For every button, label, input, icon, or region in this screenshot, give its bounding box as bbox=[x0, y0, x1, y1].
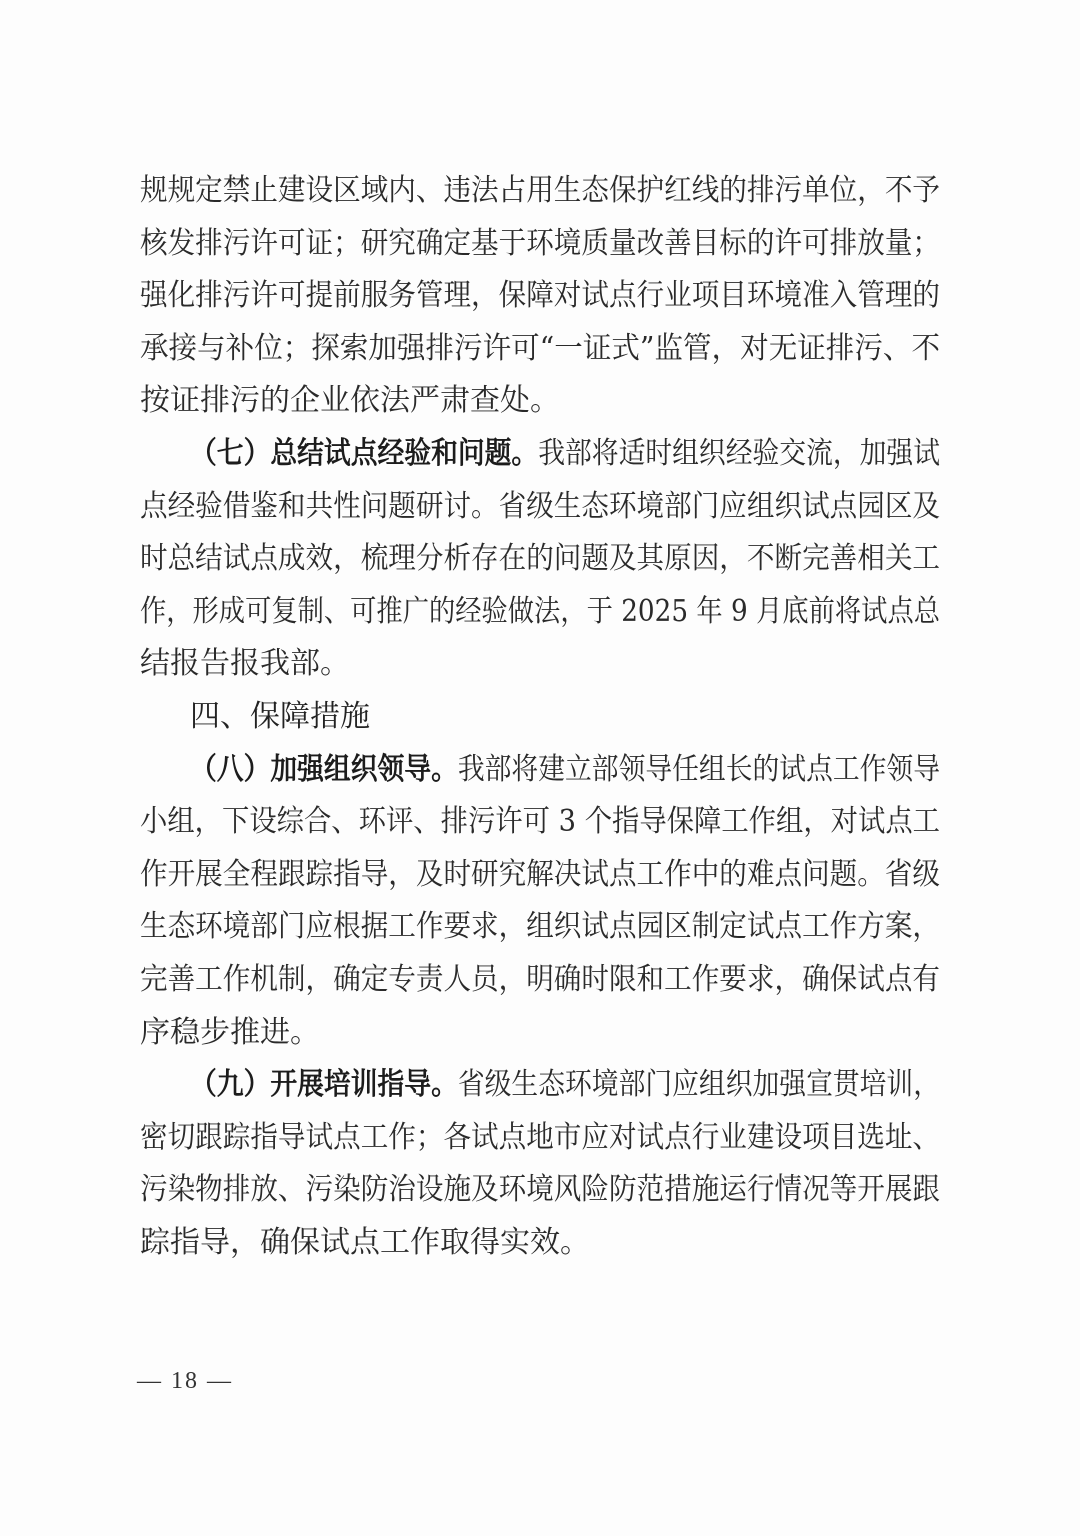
text-line: 序稳步推进。 bbox=[140, 1007, 940, 1060]
part-4-heading: 四、保障措施 bbox=[140, 691, 940, 744]
text: 强化排污许可提前服务管理，保障对试点行业项目环境准入管理的 bbox=[140, 270, 940, 323]
section-7-text: 我部将适时组织经验交流，加强试 bbox=[538, 436, 940, 471]
heading-text: 四、保障措施 bbox=[190, 691, 370, 744]
text: 污染物排放、污染防治设施及环境风险防范措施运行情况等开展跟 bbox=[140, 1164, 940, 1217]
section-8-first-line: （八）加强组织领导。我部将建立部领导任组长的试点工作领导 bbox=[140, 744, 940, 797]
document-body: 规规定禁止建设区域内、违法占用生态保护红线的排污单位，不予 核发排污许可证；研究… bbox=[140, 165, 940, 1269]
text: 完善工作机制，确定专责人员，明确时限和工作要求，确保试点有 bbox=[140, 954, 940, 1007]
text-line: 作开展全程跟踪指导，及时研究解决试点工作中的难点问题。省级 bbox=[140, 849, 940, 902]
text-line: 强化排污许可提前服务管理，保障对试点行业项目环境准入管理的 bbox=[140, 270, 940, 323]
text-line: 点经验借鉴和共性问题研讨。省级生态环境部门应组织试点园区及 bbox=[140, 481, 940, 534]
text-line: 踪指导，确保试点工作取得实效。 bbox=[140, 1217, 940, 1270]
text: 点经验借鉴和共性问题研讨。省级生态环境部门应组织试点园区及 bbox=[140, 481, 940, 534]
text-line: 承接与补位；探索加强排污许可“一证式”监管，对无证排污、不 bbox=[140, 323, 940, 376]
text-line: 核发排污许可证；研究确定基于环境质量改善目标的许可排放量； bbox=[140, 218, 940, 271]
section-9-text: 省级生态环境部门应组织加强宣贯培训， bbox=[458, 1067, 940, 1102]
text: 生态环境部门应根据工作要求，组织试点园区制定试点工作方案， bbox=[140, 901, 940, 954]
text: 承接与补位；探索加强排污许可“一证式”监管，对无证排污、不 bbox=[140, 323, 940, 376]
text-line: 完善工作机制，确定专责人员，明确时限和工作要求，确保试点有 bbox=[140, 954, 940, 1007]
text: 小组，下设综合、环评、排污许可 3 个指导保障工作组，对试点工 bbox=[140, 796, 940, 849]
text: 结报告报我部。 bbox=[140, 638, 350, 691]
text-line: 生态环境部门应根据工作要求，组织试点园区制定试点工作方案， bbox=[140, 901, 940, 954]
section-8-text: 我部将建立部领导任组长的试点工作领导 bbox=[458, 752, 940, 787]
text-line: 规规定禁止建设区域内、违法占用生态保护红线的排污单位，不予 bbox=[140, 165, 940, 218]
page-number: — 18 — bbox=[137, 1368, 233, 1395]
text: 密切跟踪指导试点工作；各试点地市应对试点行业建设项目选址、 bbox=[140, 1112, 940, 1165]
document-page: 规规定禁止建设区域内、违法占用生态保护红线的排污单位，不予 核发排污许可证；研究… bbox=[0, 0, 1080, 1536]
text-line: 作，形成可复制、可推广的经验做法，于 2025 年 9 月底前将试点总 bbox=[140, 586, 940, 639]
text-line: 按证排污的企业依法严肃查处。 bbox=[140, 375, 940, 428]
text-line: 时总结试点成效，梳理分析存在的问题及其原因，不断完善相关工 bbox=[140, 533, 940, 586]
text-line: 密切跟踪指导试点工作；各试点地市应对试点行业建设项目选址、 bbox=[140, 1112, 940, 1165]
section-9-first-line: （九）开展培训指导。省级生态环境部门应组织加强宣贯培训， bbox=[140, 1059, 940, 1112]
text: 序稳步推进。 bbox=[140, 1007, 320, 1060]
text: 时总结试点成效，梳理分析存在的问题及其原因，不断完善相关工 bbox=[140, 533, 940, 586]
section-8-heading: （八）加强组织领导。 bbox=[190, 752, 458, 787]
text: 核发排污许可证；研究确定基于环境质量改善目标的许可排放量； bbox=[140, 218, 940, 271]
section-7-heading: （七）总结试点经验和问题。 bbox=[190, 436, 538, 471]
text-line: 污染物排放、污染防治设施及环境风险防范措施运行情况等开展跟 bbox=[140, 1164, 940, 1217]
text-line: 结报告报我部。 bbox=[140, 638, 940, 691]
text: 踪指导，确保试点工作取得实效。 bbox=[140, 1217, 590, 1270]
text: 按证排污的企业依法严肃查处。 bbox=[140, 375, 560, 428]
text-line: 小组，下设综合、环评、排污许可 3 个指导保障工作组，对试点工 bbox=[140, 796, 940, 849]
text: 规规定禁止建设区域内、违法占用生态保护红线的排污单位，不予 bbox=[140, 165, 940, 218]
text: 作，形成可复制、可推广的经验做法，于 2025 年 9 月底前将试点总 bbox=[140, 586, 940, 639]
section-7-first-line: （七）总结试点经验和问题。我部将适时组织经验交流，加强试 bbox=[140, 428, 940, 481]
section-9-heading: （九）开展培训指导。 bbox=[190, 1067, 458, 1102]
text: 作开展全程跟踪指导，及时研究解决试点工作中的难点问题。省级 bbox=[140, 849, 940, 902]
